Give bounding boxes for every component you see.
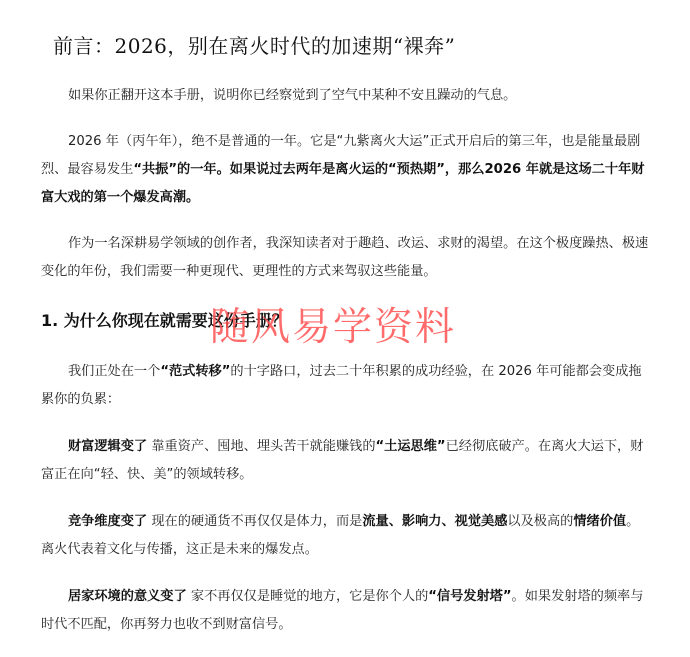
point-text: 以及极高的	[507, 514, 573, 529]
intro-text: 如果你正翻开这本手册，说明你已经察觉到了空气中某种不安且躁动的气息。	[68, 88, 516, 103]
section-intro-bold: “范式转移”	[160, 364, 230, 379]
point-bold: “信号发射塔”	[428, 589, 511, 604]
point-text: 靠重资产、囤地、埋头苦干就能赚钱的	[147, 439, 375, 454]
year-line1: 2026 年（丙午年），绝不是普通的一年。它是“九紫离火大运”正式开启后的第三年…	[68, 134, 561, 149]
point-wealth-logic: 财富逻辑变了 靠重资产、囤地、埋头苦干就能赚钱的“土运思维”已经彻底破产。在离火…	[41, 433, 649, 489]
section-intro-text-a: 我们正处在一个	[68, 364, 160, 379]
point-home-environment: 居家环境的意义变了 家不再仅仅是睡觉的地方，它是你个人的“信号发射塔”。如果发射…	[41, 583, 649, 639]
point-text: 现在的硬通货不再仅仅是体力，而是	[147, 514, 362, 529]
year-paragraph: 2026 年（丙午年），绝不是普通的一年。它是“九紫离火大运”正式开启后的第三年…	[41, 128, 649, 212]
intro-paragraph: 如果你正翻开这本手册，说明你已经察觉到了空气中某种不安且躁动的气息。	[41, 82, 649, 110]
point-label: 居家环境的意义变了	[68, 589, 187, 604]
point-bold: “土运思维”	[376, 439, 446, 454]
author-text: 作为一名深耕易学领域的创作者，我深知读者对于趣趋、改运、求财的渴望。在这个极度躁…	[41, 236, 648, 279]
point-label: 竞争维度变了	[68, 514, 147, 529]
document-title: 前言：2026，别在离火时代的加速期“裸奔”	[53, 30, 455, 59]
point-bold: 情绪价值	[573, 514, 626, 529]
point-label: 财富逻辑变了	[68, 439, 147, 454]
document-page: 前言：2026，别在离火时代的加速期“裸奔” 如果你正翻开这本手册，说明你已经察…	[0, 0, 690, 657]
point-competition: 竞争维度变了 现在的硬通货不再仅仅是体力，而是流量、影响力、视觉美感以及极高的情…	[41, 508, 649, 564]
author-paragraph: 作为一名深耕易学领域的创作者，我深知读者对于趣趋、改运、求财的渴望。在这个极度躁…	[41, 230, 649, 286]
point-text: 家不再仅仅是睡觉的地方，它是你个人的	[187, 589, 429, 604]
year-line2b: “共振”的一年。如果说过去两年是离火运的“预热期”，那么	[133, 162, 484, 177]
section-heading: 1. 为什么你现在就需要这份手册？	[41, 308, 288, 331]
point-bold: 流量、影响力、视觉美感	[362, 514, 507, 529]
section-intro-paragraph: 我们正处在一个“范式转移”的十字路口，过去二十年积累的成功经验，在 2026 年…	[41, 358, 649, 414]
